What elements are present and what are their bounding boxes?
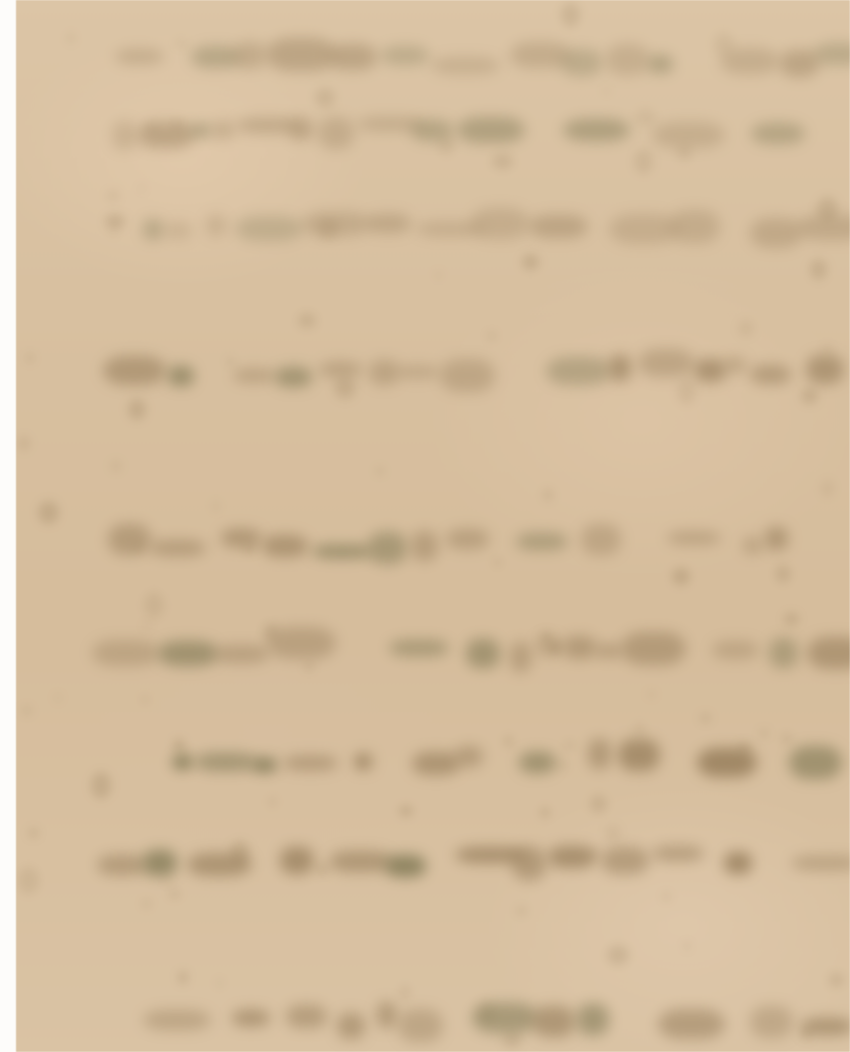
ink-stroke <box>743 537 762 554</box>
ink-stroke <box>697 748 757 778</box>
ink-stroke <box>724 357 746 372</box>
ink-stroke <box>431 57 500 74</box>
ink-stroke <box>667 532 721 544</box>
ink-stroke <box>206 215 226 236</box>
faded-handwriting <box>16 0 850 1052</box>
ink-stroke <box>398 1009 443 1042</box>
ink-stroke <box>377 1002 397 1027</box>
ink-stroke <box>769 638 798 667</box>
ink-stroke <box>221 529 261 547</box>
ink-stroke <box>601 847 649 874</box>
ink-stroke <box>112 121 137 150</box>
ink-stroke <box>648 55 673 73</box>
ink-stroke <box>694 359 726 382</box>
ink-stroke <box>412 752 460 775</box>
ink-stroke <box>187 853 252 876</box>
ink-stroke <box>750 1006 793 1038</box>
ink-stroke <box>658 1009 725 1039</box>
ink-stroke <box>302 212 369 237</box>
ink-stroke <box>289 118 313 141</box>
ink-stroke <box>466 639 500 669</box>
document-page <box>0 0 850 1052</box>
ink-stroke <box>267 627 336 660</box>
ink-stroke <box>638 349 693 377</box>
ink-stroke <box>143 219 164 239</box>
ink-stroke <box>115 49 164 64</box>
parchment-sheet <box>16 0 850 1052</box>
ink-stroke <box>563 119 630 140</box>
ink-stroke <box>789 746 842 779</box>
ink-stroke <box>158 641 218 666</box>
ink-stroke <box>652 122 724 148</box>
ink-stroke <box>143 850 177 876</box>
ink-stroke <box>814 43 850 65</box>
ink-stroke <box>581 524 621 555</box>
ink-stroke <box>235 216 303 241</box>
ink-stroke <box>471 208 529 239</box>
ink-stroke <box>411 531 438 561</box>
ink-stroke <box>533 1006 574 1037</box>
ink-stroke <box>150 540 206 556</box>
ink-stroke <box>189 124 211 136</box>
ink-stroke <box>670 210 720 243</box>
ink-stroke <box>618 739 660 771</box>
ink-stroke <box>108 524 151 555</box>
ink-stroke <box>92 640 159 667</box>
ink-stroke <box>806 355 844 383</box>
ink-stroke <box>396 366 439 378</box>
ink-stroke <box>389 640 449 657</box>
ink-stroke <box>138 122 194 149</box>
ink-stroke <box>606 44 648 74</box>
ink-stroke <box>457 117 524 144</box>
ink-stroke <box>385 855 426 877</box>
ink-stroke <box>529 215 587 238</box>
ink-stroke <box>801 1018 850 1034</box>
ink-stroke <box>411 120 453 140</box>
ink-stroke <box>369 360 399 385</box>
ink-stroke <box>765 527 788 550</box>
ink-stroke <box>472 1003 538 1033</box>
ink-stroke <box>381 46 429 65</box>
ink-stroke <box>168 366 194 386</box>
ink-stroke <box>262 535 307 557</box>
ink-stroke <box>548 846 596 869</box>
ink-stroke <box>213 121 234 139</box>
ink-stroke <box>143 1010 211 1030</box>
ink-stroke <box>214 645 269 664</box>
ink-stroke <box>609 355 630 381</box>
ink-stroke <box>577 1004 609 1035</box>
ink-stroke <box>652 846 704 861</box>
ink-stroke <box>751 123 805 144</box>
ink-stroke <box>588 739 611 769</box>
ink-stroke <box>280 847 314 874</box>
ink-stroke <box>165 222 192 238</box>
ink-stroke <box>720 48 779 74</box>
ink-stroke <box>563 636 596 659</box>
ink-stroke <box>440 359 495 392</box>
ink-stroke <box>516 533 568 550</box>
ink-stroke <box>286 1005 327 1029</box>
ink-stroke <box>329 44 377 71</box>
ink-stroke <box>252 758 277 773</box>
ink-stroke <box>595 644 622 658</box>
ink-stroke <box>455 746 483 767</box>
ink-stroke <box>318 117 355 149</box>
ink-stroke <box>797 215 850 240</box>
ink-stroke <box>319 362 362 377</box>
ink-stroke <box>368 532 407 564</box>
ink-stroke <box>97 855 147 874</box>
ink-stroke <box>337 1013 365 1039</box>
ink-stroke <box>266 38 336 71</box>
ink-stroke <box>621 632 685 665</box>
ink-stroke <box>233 369 275 383</box>
ink-stroke <box>195 753 256 771</box>
ink-stroke <box>791 856 850 871</box>
left-margin <box>0 0 16 1052</box>
ink-stroke <box>561 49 602 76</box>
ink-stroke <box>275 367 312 387</box>
ink-stroke <box>283 756 338 770</box>
ink-stroke <box>724 852 752 874</box>
ink-stroke <box>536 637 562 657</box>
ink-stroke <box>546 357 611 386</box>
ink-stroke <box>173 755 191 769</box>
ink-stroke <box>609 214 679 244</box>
ink-stroke <box>519 752 557 773</box>
ink-stroke <box>103 356 166 384</box>
ink-stroke <box>510 642 530 671</box>
ink-stroke <box>365 214 411 233</box>
ink-stroke <box>354 753 372 769</box>
ink-stroke <box>329 851 392 872</box>
ink-stroke <box>312 545 372 559</box>
ink-stroke <box>512 847 546 880</box>
ink-stroke <box>446 529 489 549</box>
ink-stroke <box>750 218 802 247</box>
ink-stroke <box>712 641 759 658</box>
ink-stroke <box>235 42 266 69</box>
ink-stroke <box>232 1010 269 1026</box>
ink-stroke <box>807 637 850 669</box>
ink-stroke <box>750 365 791 384</box>
